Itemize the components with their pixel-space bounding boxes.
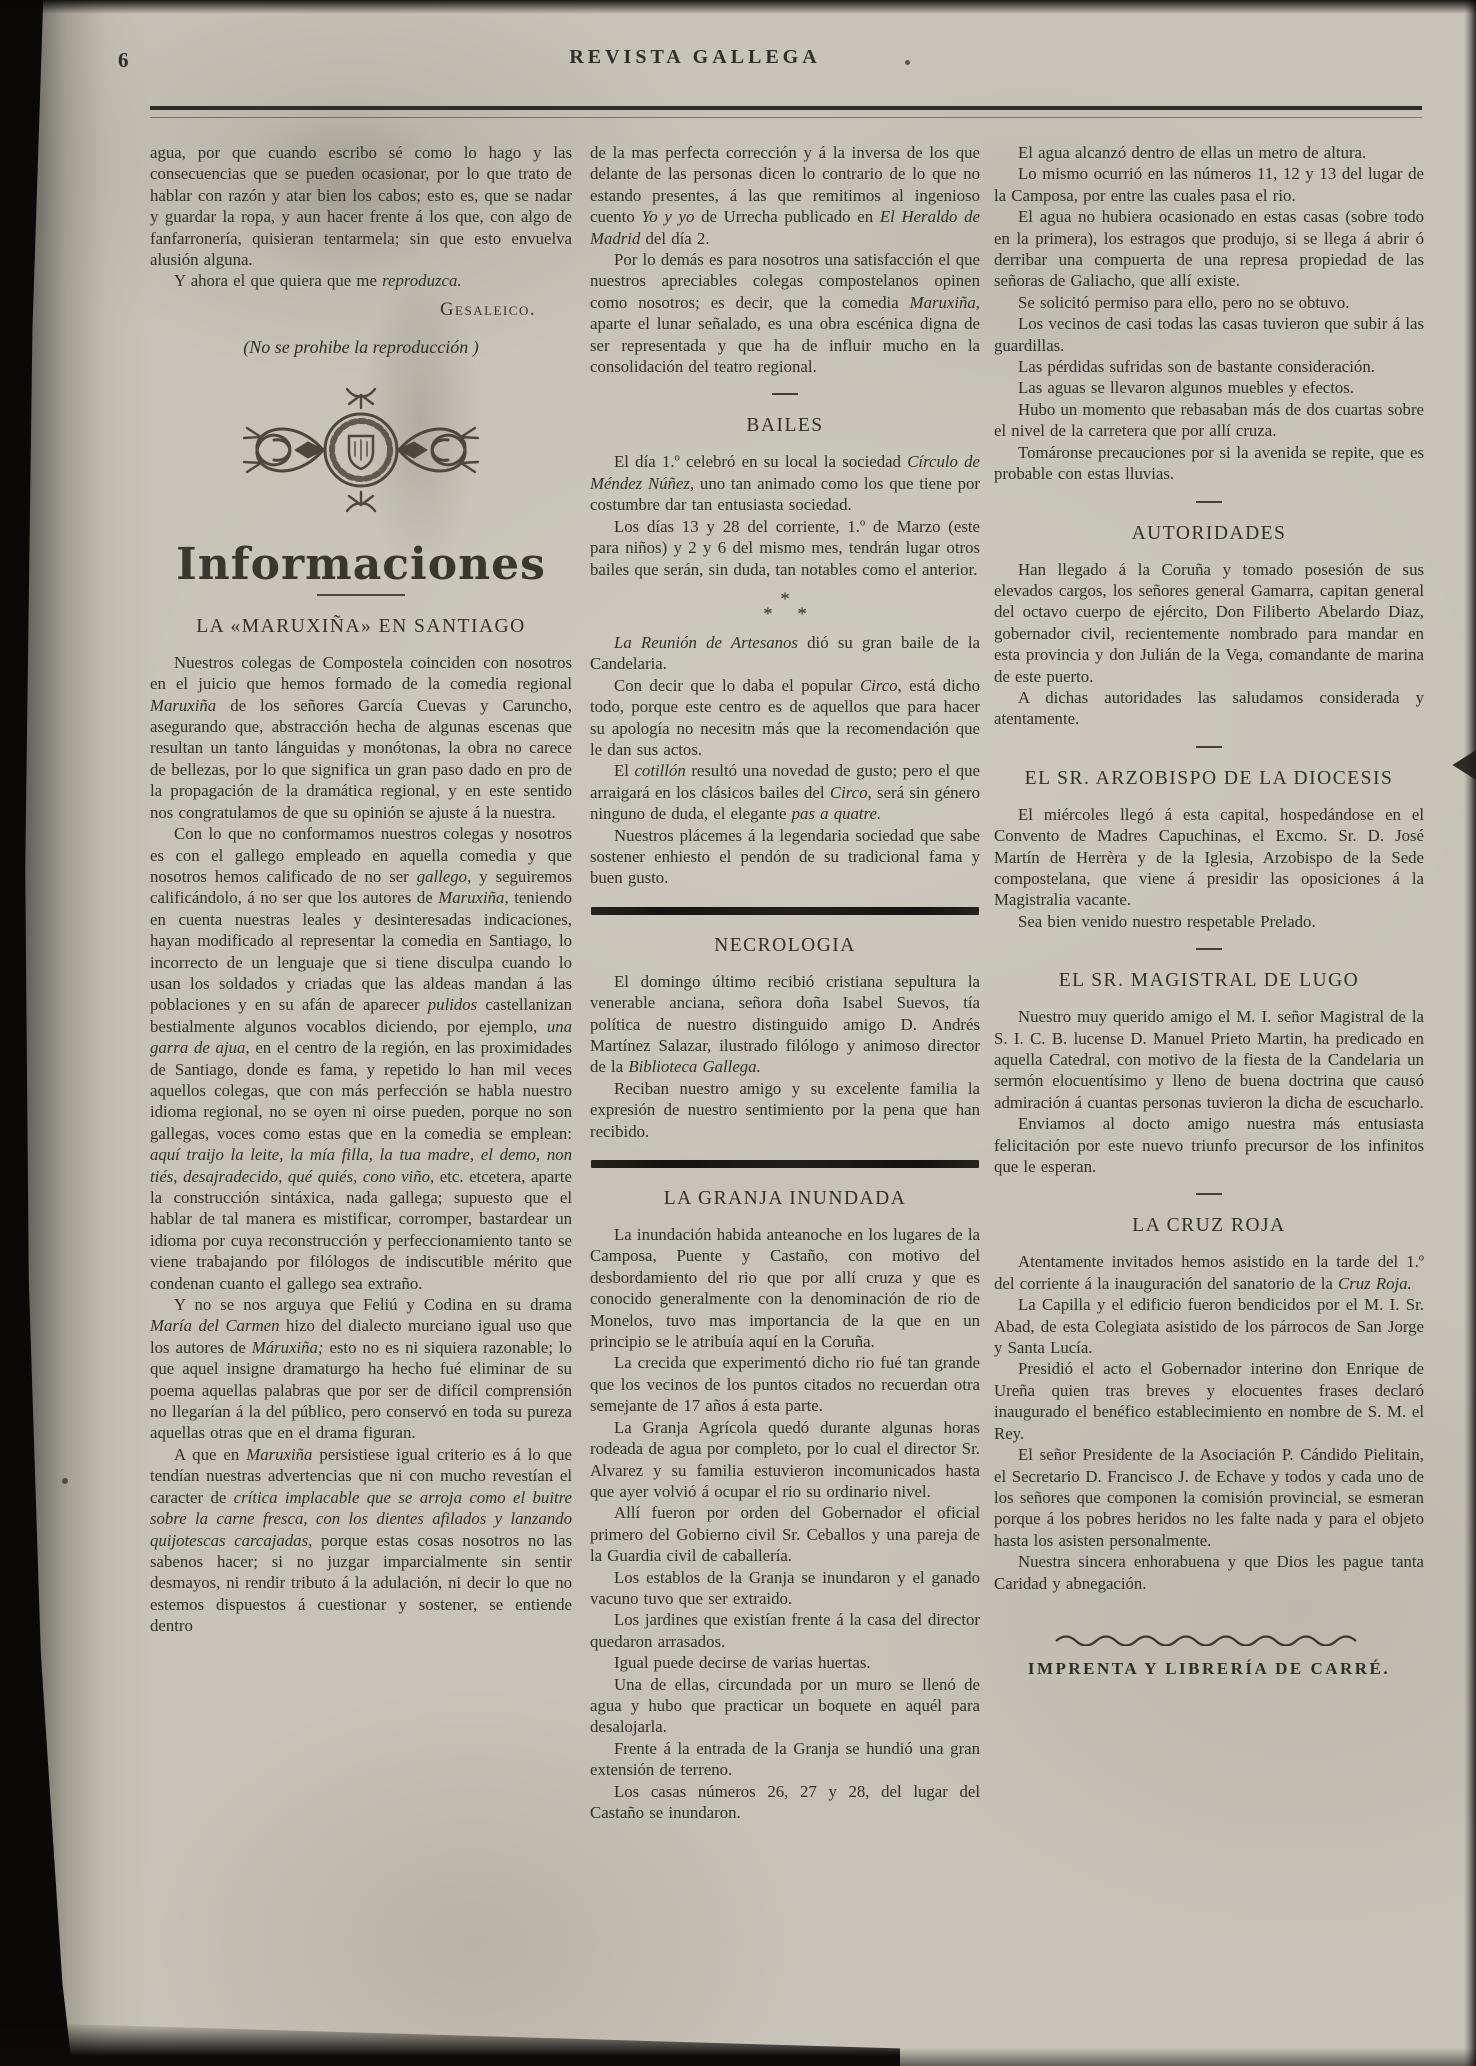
text-run: Lo mismo ocurrió en las números 11, 12 y… bbox=[994, 164, 1424, 204]
paragraph: Los vecinos de casi todas las casas tuvi… bbox=[994, 313, 1424, 356]
text-run: Han llegado á la Coruña y tomado posesió… bbox=[994, 560, 1424, 686]
section-divider-dash bbox=[772, 393, 798, 395]
italic-text: cotillón bbox=[634, 761, 685, 780]
section-divider-dash bbox=[1196, 948, 1222, 950]
text-run: Presidió el acto el Gobernador interino … bbox=[994, 1359, 1424, 1442]
italic-text: Maruxiña bbox=[246, 1445, 312, 1464]
section-heading: AUTORIDADES bbox=[994, 523, 1424, 545]
paragraph: Se solicitó permiso para ello, pero no s… bbox=[994, 292, 1424, 313]
text-run: del día 2. bbox=[640, 229, 709, 248]
scan-edge-bottom-right bbox=[856, 2048, 1476, 2066]
text-run: Reciban nuestro amigo y su excelente fam… bbox=[590, 1079, 980, 1141]
section-heading: LA GRANJA INUNDADA bbox=[590, 1188, 980, 1210]
paragraph: La Reunión de Artesanos dió su gran bail… bbox=[590, 632, 980, 675]
text-run: Nuestra sincera enhorabuena y que Dios l… bbox=[994, 1552, 1424, 1592]
italic-text: pas a quatre. bbox=[792, 804, 881, 823]
section-heading: NECROLOGIA bbox=[590, 935, 980, 957]
text-run: La crecida que experimentó dicho rio fué… bbox=[590, 1353, 980, 1415]
paragraph: Presidió el acto el Gobernador interino … bbox=[994, 1358, 1424, 1444]
text-run: Y no se nos arguya que Feliú y Codina en… bbox=[174, 1295, 572, 1314]
ink-speck bbox=[62, 1478, 68, 1484]
paragraph: Las aguas se llevaron algunos muebles y … bbox=[994, 377, 1424, 398]
text-run: Tomáronse precauciones por si la avenida… bbox=[994, 443, 1424, 483]
text-run: La Granja Agrícola quedó durante algunas… bbox=[590, 1418, 980, 1501]
asterism-bottom: * * bbox=[590, 607, 980, 622]
paragraph: Nuestro muy querido amigo el M. I. señor… bbox=[994, 1006, 1424, 1113]
column-right: El agua alcanzó dentro de ellas un metro… bbox=[994, 142, 1424, 1679]
heading-underline bbox=[317, 594, 405, 596]
italic-text: reproduzca. bbox=[382, 271, 461, 290]
masthead-title: REVISTA GALLEGA bbox=[569, 46, 820, 69]
text-run: Las aguas se llevaron algunos muebles y … bbox=[1018, 378, 1354, 397]
text-run: Los casas números 26, 27 y 28, del lugar… bbox=[590, 1782, 980, 1822]
paragraph: Las pérdidas sufridas son de bastante co… bbox=[994, 356, 1424, 377]
paragraph: de la mas perfecta corrección y á la inv… bbox=[590, 142, 980, 249]
paragraph: Lo mismo ocurrió en las números 11, 12 y… bbox=[994, 163, 1424, 206]
paragraph: Los jardines que existían frente á la ca… bbox=[590, 1609, 980, 1652]
text-run: El señor Presidente de la Asociación P. … bbox=[994, 1445, 1424, 1550]
section-divider-bar bbox=[591, 907, 979, 915]
paragraph: Con decir que lo daba el popular Circo, … bbox=[590, 675, 980, 761]
paragraph: Los casas números 26, 27 y 28, del lugar… bbox=[590, 1781, 980, 1824]
text-run: El miércoles llegó á esta capital, hospe… bbox=[994, 805, 1424, 910]
reproduction-note: (No se prohibe la reproducción ) bbox=[150, 337, 572, 358]
paragraph: Nuestra sincera enhorabuena y que Dios l… bbox=[994, 1551, 1424, 1594]
italic-text: Maruxiña bbox=[150, 696, 216, 715]
paragraph: Nuestros plácemes á la legendaria socied… bbox=[590, 825, 980, 889]
paragraph: El día 1.º celebró en su local la socied… bbox=[590, 451, 980, 515]
paragraph: El miércoles llegó á esta capital, hospe… bbox=[994, 804, 1424, 911]
heraldic-ornament-icon bbox=[211, 380, 511, 520]
informaciones-heading: Informaciones bbox=[150, 539, 572, 590]
paragraph: Con lo que no conformamos nuestros coleg… bbox=[150, 823, 572, 1294]
italic-text: Máruxiña; bbox=[252, 1338, 324, 1357]
paragraph: Reciban nuestro amigo y su excelente fam… bbox=[590, 1078, 980, 1142]
paragraph: Y no se nos arguya que Feliú y Codina en… bbox=[150, 1294, 572, 1444]
text-run: A que en bbox=[174, 1445, 246, 1464]
paragraph: Enviamos al docto amigo nuestra más entu… bbox=[994, 1113, 1424, 1177]
text-run: Enviamos al docto amigo nuestra más entu… bbox=[994, 1114, 1424, 1176]
wavy-rule-icon bbox=[1054, 1632, 1364, 1646]
newspaper-page: 6 REVISTA GALLEGA agua, por que cuando e… bbox=[0, 0, 1476, 2066]
text-run: Nuestros plácemes á la legendaria socied… bbox=[590, 826, 980, 888]
text-run: Y ahora el que quiera que me bbox=[174, 271, 382, 290]
paragraph: Los días 13 y 28 del corriente, 1.º de M… bbox=[590, 516, 980, 580]
section-heading: LA «MARUXIÑA» EN SANTIAGO bbox=[150, 616, 572, 638]
italic-text: Circo bbox=[860, 676, 898, 695]
asterism-divider: ** * bbox=[590, 592, 980, 622]
paragraph: Y ahora el que quiera que me reproduzca. bbox=[150, 270, 572, 291]
paragraph: El agua no hubiera ocasionado en estas c… bbox=[994, 206, 1424, 292]
text-run: de Urrecha publicado en bbox=[694, 207, 879, 226]
section-heading: EL SR. MAGISTRAL DE LUGO bbox=[994, 970, 1424, 992]
italic-text: Biblioteca Gallega. bbox=[628, 1057, 760, 1076]
scan-edge-bottom-left bbox=[0, 2022, 900, 2066]
paragraph: La Granja Agrícola quedó durante algunas… bbox=[590, 1417, 980, 1503]
paragraph: Frente á la entrada de la Granja se hund… bbox=[590, 1738, 980, 1781]
paragraph: El agua alcanzó dentro de ellas un metro… bbox=[994, 142, 1424, 163]
text-run: Nuestros colegas de Compostela coinciden… bbox=[150, 653, 572, 693]
text-run: agua, por que cuando escribo sé como lo … bbox=[150, 143, 572, 269]
paragraph: Una de ellas, circundada por un muro se … bbox=[590, 1674, 980, 1738]
section-heading: LA CRUZ ROJA bbox=[994, 1215, 1424, 1237]
section-divider-dash bbox=[1196, 746, 1222, 748]
header-rule bbox=[150, 106, 1422, 118]
text-run: El agua no hubiera ocasionado en estas c… bbox=[994, 207, 1424, 290]
paragraph: A dichas autoridades las saludamos consi… bbox=[994, 687, 1424, 730]
paragraph: La inundación habida anteanoche en los l… bbox=[590, 1224, 980, 1352]
text-run: Nuestro muy querido amigo el M. I. señor… bbox=[994, 1007, 1424, 1112]
text-run: La inundación habida anteanoche en los l… bbox=[590, 1225, 980, 1351]
paragraph: Los establos de la Granja se inundaron y… bbox=[590, 1567, 980, 1610]
section-heading: EL SR. ARZOBISPO DE LA DIOCESIS bbox=[994, 768, 1424, 790]
italic-text: María del Carmen bbox=[150, 1316, 280, 1335]
paragraph: Igual puede decirse de varias huertas. bbox=[590, 1652, 980, 1673]
italic-text: Circo bbox=[830, 783, 868, 802]
paragraph: El cotillón resultó una novedad de gusto… bbox=[590, 760, 980, 824]
paragraph: Por lo demás es para nosotros una satisf… bbox=[590, 249, 980, 377]
text-run: Se solicitó permiso para ello, pero no s… bbox=[1018, 293, 1349, 312]
section-divider-bar bbox=[591, 1160, 979, 1168]
ink-speck bbox=[905, 60, 910, 65]
paragraph: El domingo último recibió cristiana sepu… bbox=[590, 971, 980, 1078]
text-run: El día 1.º celebró en su local la socied… bbox=[614, 452, 907, 471]
paragraph: A que en Maruxiña persistiese igual crit… bbox=[150, 1444, 572, 1637]
text-run: La Capilla y el edificio fueron bendicid… bbox=[994, 1295, 1424, 1357]
paragraph: Atentamente invitados hemos asistido en … bbox=[994, 1251, 1424, 1294]
column-middle: de la mas perfecta corrección y á la inv… bbox=[590, 142, 980, 1823]
paragraph: El señor Presidente de la Asociación P. … bbox=[994, 1444, 1424, 1551]
heraldic-ornament bbox=[150, 380, 572, 525]
text-run: A dichas autoridades las saludamos consi… bbox=[994, 688, 1424, 728]
author-signature: Gesaleico. bbox=[150, 300, 572, 321]
paragraph: La crecida que experimentó dicho rio fué… bbox=[590, 1352, 980, 1416]
imprenta-footer: IMPRENTA Y LIBRERÍA DE CARRÉ. bbox=[994, 1659, 1424, 1679]
text-run: Hubo un momento que rebasaban más de dos… bbox=[994, 400, 1424, 440]
text-run: Las pérdidas sufridas son de bastante co… bbox=[1018, 357, 1375, 376]
italic-text: Maruxiña bbox=[910, 293, 976, 312]
wavy-rule bbox=[994, 1632, 1424, 1651]
italic-text: Maruxiña bbox=[438, 888, 504, 907]
text-run: Los establos de la Granja se inundaron y… bbox=[590, 1568, 980, 1608]
scan-edge-top bbox=[0, 0, 1476, 14]
text-run: Allí fueron por orden del Gobernador el … bbox=[590, 1503, 980, 1565]
paragraph: Nuestros colegas de Compostela coinciden… bbox=[150, 652, 572, 823]
paragraph: Hubo un momento que rebasaban más de dos… bbox=[994, 399, 1424, 442]
section-divider-dash bbox=[1196, 501, 1222, 503]
section-heading: BAILES bbox=[590, 415, 980, 437]
scan-edge-right bbox=[1464, 0, 1476, 2066]
text-run: Los días 13 y 28 del corriente, 1.º de M… bbox=[590, 517, 980, 579]
text-run: Sea bien venido nuestro respetable Prela… bbox=[1018, 912, 1316, 931]
column-left: agua, por que cuando escribo sé como lo … bbox=[150, 142, 572, 1637]
text-run: El agua alcanzó dentro de ellas un metro… bbox=[1018, 143, 1366, 162]
italic-text: Yo y yo bbox=[641, 207, 694, 226]
italic-text: La Reunión de Artesanos bbox=[614, 633, 798, 652]
paragraph: Han llegado á la Coruña y tomado posesió… bbox=[994, 559, 1424, 687]
paragraph: La Capilla y el edificio fueron bendicid… bbox=[994, 1294, 1424, 1358]
text-run: Frente á la entrada de la Granja se hund… bbox=[590, 1739, 980, 1779]
italic-text: gallego bbox=[417, 867, 467, 886]
italic-text: pulidos bbox=[428, 995, 477, 1014]
paragraph: Tomáronse precauciones por si la avenida… bbox=[994, 442, 1424, 485]
italic-text: Cruz Roja. bbox=[1338, 1274, 1412, 1293]
text-run: Los vecinos de casi todas las casas tuvi… bbox=[994, 314, 1424, 354]
section-divider-dash bbox=[1196, 1193, 1222, 1195]
text-run: Igual puede decirse de varias huertas. bbox=[614, 1653, 871, 1672]
text-run: El bbox=[614, 761, 634, 780]
text-run: Con decir que lo daba el popular bbox=[614, 676, 860, 695]
paragraph: Allí fueron por orden del Gobernador el … bbox=[590, 1502, 980, 1566]
paragraph: agua, por que cuando escribo sé como lo … bbox=[150, 142, 572, 270]
text-run: Los jardines que existían frente á la ca… bbox=[590, 1610, 980, 1650]
page-number: 6 bbox=[118, 48, 130, 73]
paragraph: Sea bien venido nuestro respetable Prela… bbox=[994, 911, 1424, 932]
text-run: Una de ellas, circundada por un muro se … bbox=[590, 1675, 980, 1737]
